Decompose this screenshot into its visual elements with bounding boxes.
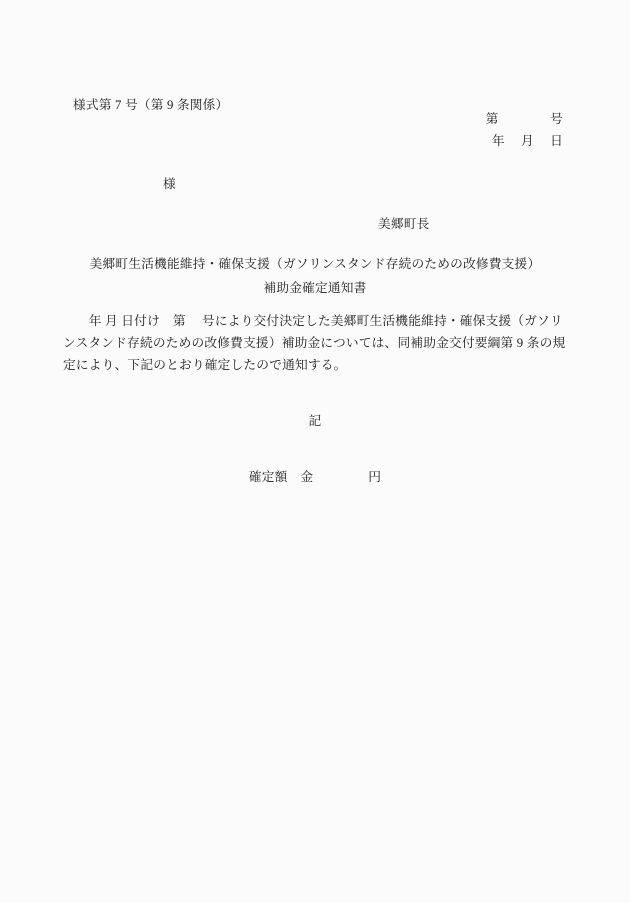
form-number: 様式第 7 号（第 9 条関係） [73, 99, 228, 112]
document-title-line2: 補助金確定通知書 [0, 282, 630, 295]
body-line: 定により、下記のとおり確定したので通知する。 [63, 359, 347, 372]
amount-line: 確定額 金 円 [0, 471, 630, 484]
sender-name: 美郷町長 [378, 218, 430, 231]
body-line: 年 月 日付け 第 号により交付決定した美郷町生活機能維持・確保支援（ガソリ [63, 315, 563, 328]
document-title-line1: 美郷町生活機能維持・確保支援（ガソリンスタンド存続のための改修費支援） [0, 258, 630, 271]
ki-marker: 記 [0, 415, 630, 428]
document-page: 様式第 7 号（第 9 条関係） 第 号 年 月 日 様 美郷町長 美郷町生活機… [0, 0, 630, 903]
date-line: 年 月 日 [492, 135, 563, 148]
body-line: ンスタンド存続のための改修費支援）補助金については、同補助金交付要綱第 9 条の… [63, 337, 565, 350]
addressee-honorific: 様 [163, 178, 176, 191]
doc-number-line: 第 号 [486, 113, 563, 126]
